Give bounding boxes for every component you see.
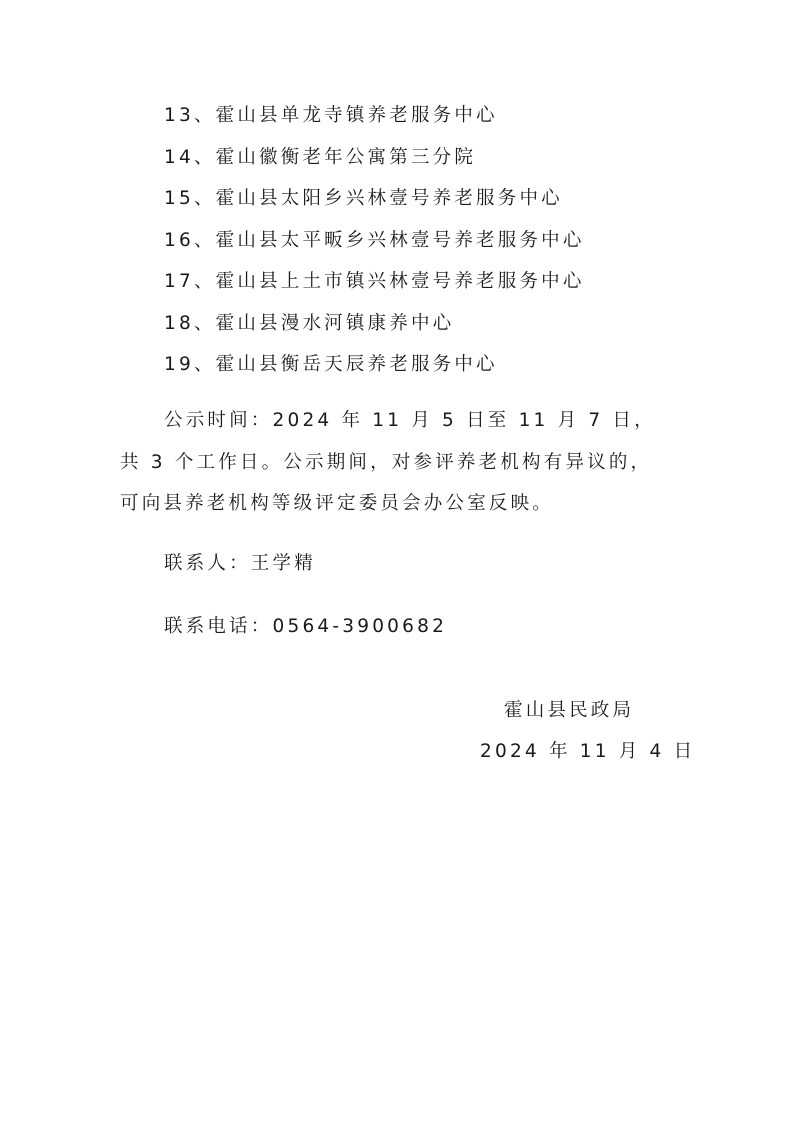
- list-item: 18、霍山县漫水河镇康养中心: [164, 311, 585, 353]
- list-item: 14、霍山徽衡老年公寓第三分院: [164, 145, 585, 187]
- contact-person: 联系人：王学精: [164, 551, 316, 577]
- notice-paragraph: 公示时间：2024 年 11 月 5 日至 11 月 7 日，共 3 个工作日。…: [120, 400, 660, 525]
- signature-date: 2024 年 11 月 4 日: [480, 739, 695, 765]
- list-item: 15、霍山县太阳乡兴林壹号养老服务中心: [164, 186, 585, 228]
- list-item: 16、霍山县太平畈乡兴林壹号养老服务中心: [164, 228, 585, 270]
- list-item: 13、霍山县单龙寺镇养老服务中心: [164, 103, 585, 145]
- signature-organization: 霍山县民政局: [504, 698, 634, 724]
- list-item: 19、霍山县衡岳天辰养老服务中心: [164, 352, 585, 394]
- document-page: 13、霍山县单龙寺镇养老服务中心 14、霍山徽衡老年公寓第三分院 15、霍山县太…: [0, 0, 794, 1122]
- contact-phone: 联系电话：0564-3900682: [164, 614, 447, 640]
- institution-list: 13、霍山县单龙寺镇养老服务中心 14、霍山徽衡老年公寓第三分院 15、霍山县太…: [164, 103, 585, 394]
- list-item: 17、霍山县上土市镇兴林壹号养老服务中心: [164, 269, 585, 311]
